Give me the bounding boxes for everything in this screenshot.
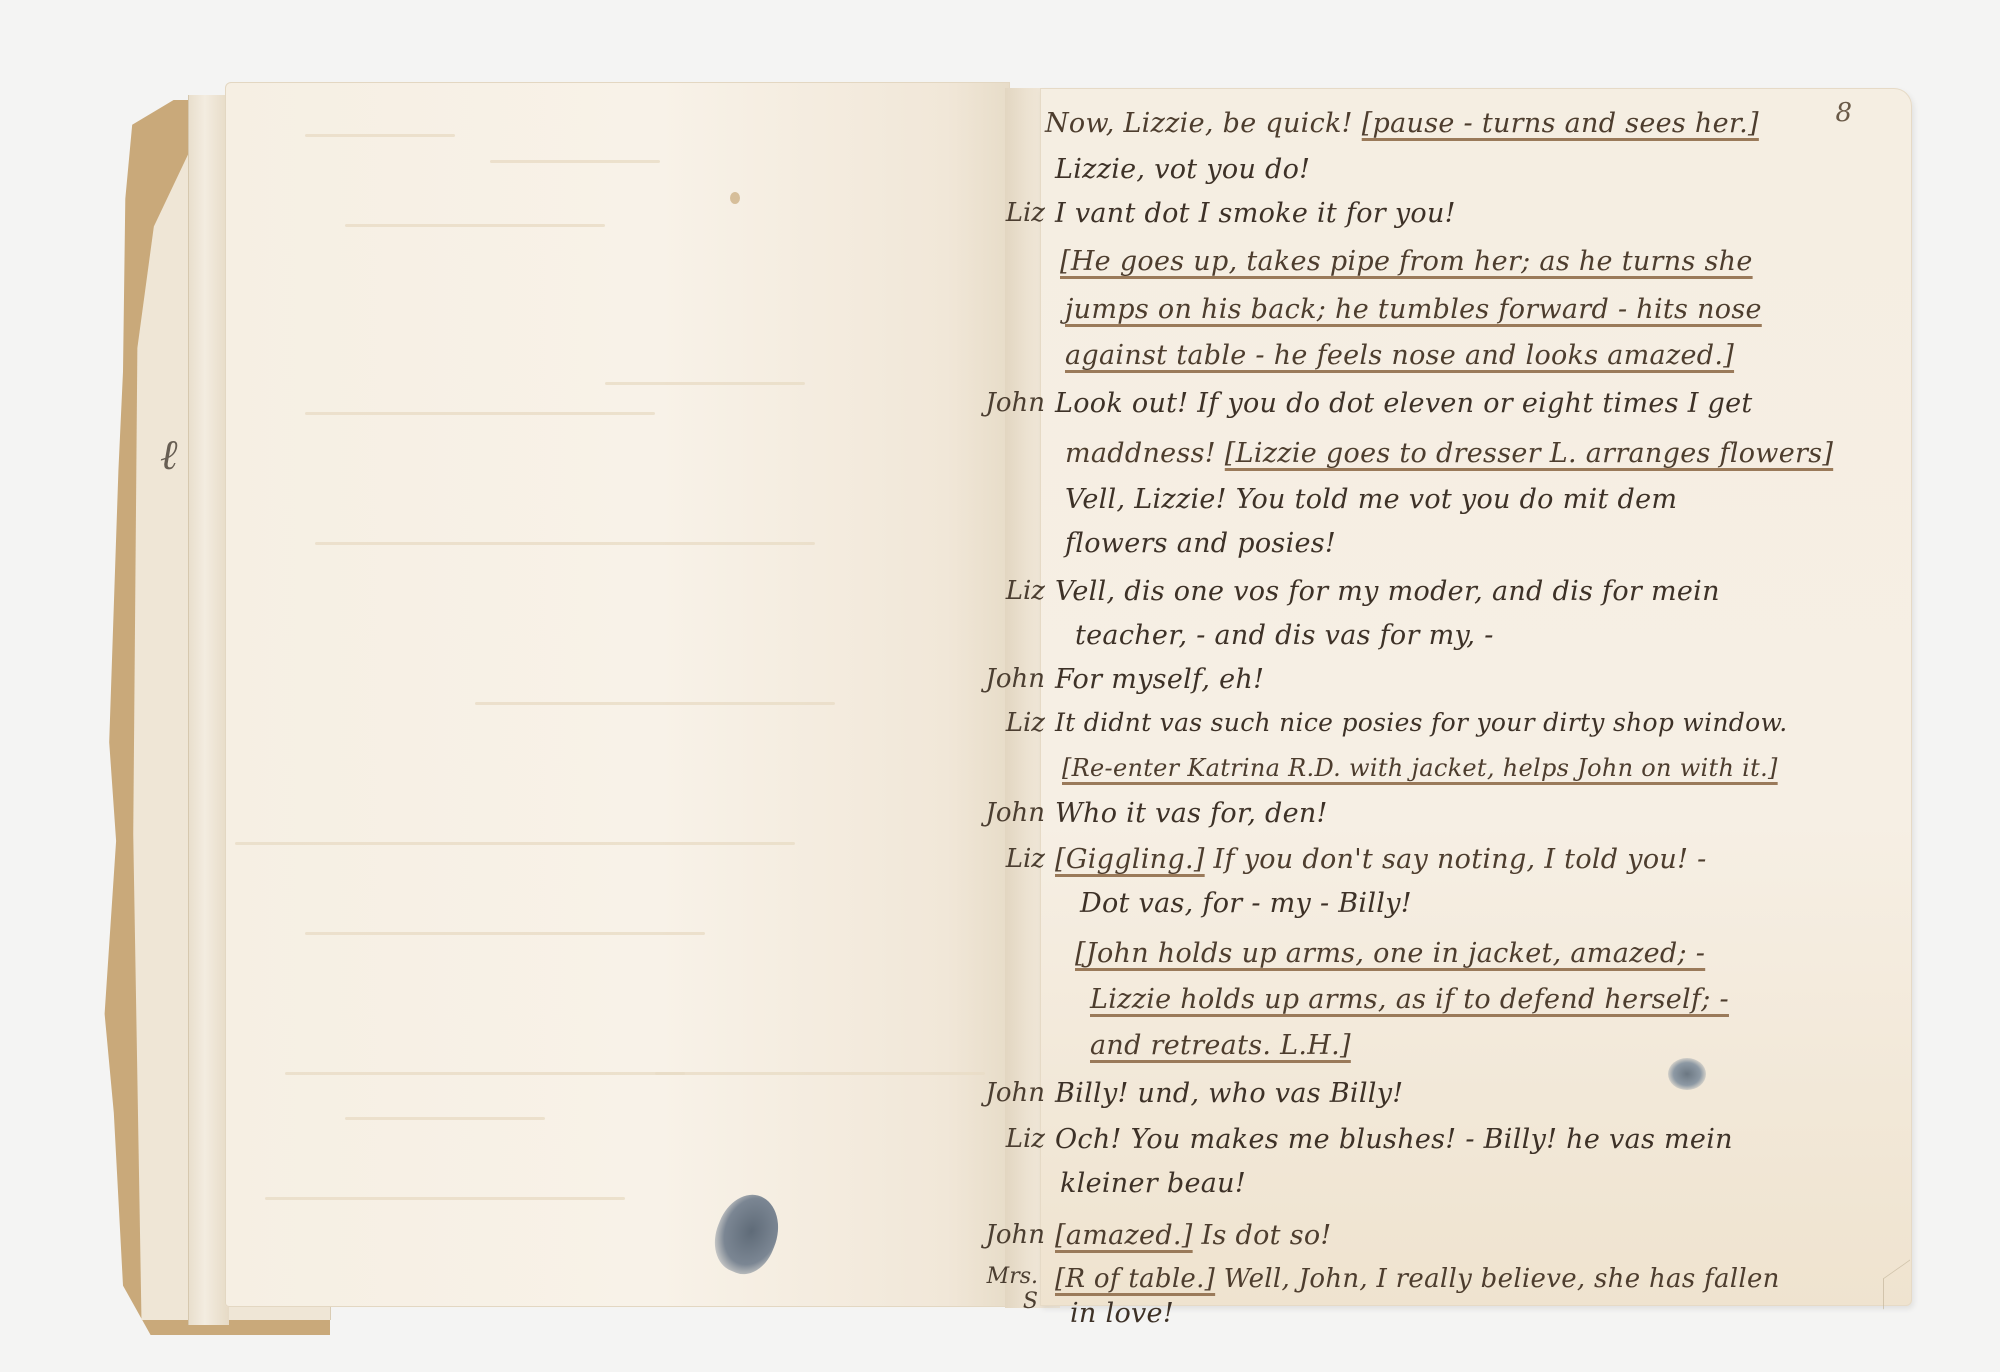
speaker-label: Liz <box>985 198 1045 228</box>
stage-direction: Lizzie holds up arms, as if to defend he… <box>1090 984 1729 1015</box>
speaker-label: John <box>985 664 1045 694</box>
speaker-label: Liz <box>985 708 1045 738</box>
stage-direction-line: Lizzie holds up arms, as if to defend he… <box>1090 984 1729 1015</box>
speaker-label: John <box>985 1220 1045 1250</box>
stage-direction: [John holds up arms, one in jacket, amaz… <box>1075 938 1705 969</box>
script-line: It didnt vas such nice posies for your d… <box>1055 708 1787 737</box>
show-through-line <box>315 542 815 545</box>
ink-smudge <box>1668 1058 1706 1090</box>
left-page-blank <box>225 82 1010 1307</box>
show-through-line <box>285 1072 685 1075</box>
script-line: For myself, eh! <box>1055 664 1264 695</box>
stage-direction: [Giggling.] <box>1055 844 1205 875</box>
show-through-line <box>475 702 835 705</box>
speaker-label: Liz <box>985 844 1045 874</box>
stage-direction: [He goes up, takes pipe from her; as he … <box>1060 246 1753 277</box>
speaker-label: Liz <box>985 1124 1045 1154</box>
show-through-line <box>605 382 805 385</box>
speaker-label: John <box>985 1078 1045 1108</box>
script-line: maddness! [Lizzie goes to dresser L. arr… <box>1065 438 1833 469</box>
script-line: teacher, - and dis vas for my, - <box>1075 620 1494 651</box>
script-line: Vell, Lizzie! You told me vot you do mit… <box>1065 484 1677 515</box>
stage-direction: [Re-enter Katrina R.D. with jacket, help… <box>1062 754 1778 782</box>
stage-direction: [pause - turns and sees her.] <box>1362 108 1759 139</box>
speaker-label: John <box>985 798 1045 828</box>
script-line: Now, Lizzie, be quick! [pause - turns an… <box>1045 108 1759 139</box>
stage-direction: [R of table.] <box>1055 1264 1215 1294</box>
script-line: Look out! If you do dot eleven or eight … <box>1055 388 1753 419</box>
script-line: flowers and posies! <box>1065 528 1336 559</box>
show-through-line <box>305 134 455 137</box>
show-through-line <box>345 1117 545 1120</box>
script-line: [R of table.] Well, John, I really belie… <box>1055 1264 1780 1294</box>
stage-direction: and retreats. L.H.] <box>1090 1030 1351 1061</box>
page-stack-edge <box>188 95 229 1325</box>
script-line: Dot vas, for - my - Billy! <box>1080 888 1412 919</box>
show-through-line <box>490 160 660 163</box>
script-line: Billy! und, who vas Billy! <box>1055 1078 1403 1109</box>
speaker-label: Mrs. S <box>978 1264 1038 1314</box>
script-line: [amazed.] Is dot so! <box>1055 1220 1332 1251</box>
dialogue-text: Now, Lizzie, be quick! <box>1045 108 1362 139</box>
show-through-line <box>305 932 705 935</box>
stage-direction-line: against table - he feels nose and looks … <box>1065 340 1734 371</box>
stage-direction-line: jumps on his back; he tumbles forward - … <box>1065 294 1762 325</box>
dialogue-text: Is dot so! <box>1193 1220 1332 1251</box>
script-line: I vant dot I smoke it for you! <box>1055 198 1456 229</box>
script-line: Vell, dis one vos for my moder, and dis … <box>1055 576 1720 607</box>
open-manuscript-photo: ℓ 8 Now, Lizzie, be quick! [pause - turn… <box>0 0 2000 1372</box>
speaker-label: Liz <box>985 576 1045 606</box>
speaker-label: John <box>985 388 1045 418</box>
show-through-line <box>235 842 795 845</box>
stage-direction: jumps on his back; he tumbles forward - … <box>1065 294 1762 325</box>
script-line: kleiner beau! <box>1060 1168 1246 1199</box>
show-through-line <box>345 224 605 227</box>
stage-direction-line: [Re-enter Katrina R.D. with jacket, help… <box>1062 754 1778 782</box>
corner-fold <box>1883 1260 1910 1310</box>
show-through-line <box>265 1197 625 1200</box>
script-line: Who it vas for, den! <box>1055 798 1328 829</box>
dialogue-text: If you don't say noting, I told you! - <box>1205 844 1707 875</box>
script-line: Och! You makes me blushes! - Billy! he v… <box>1055 1124 1733 1155</box>
stage-direction: [amazed.] <box>1055 1220 1193 1251</box>
right-page-script: 8 Now, Lizzie, be quick! [pause - turns … <box>1040 88 1912 1306</box>
page-number: 8 <box>1835 98 1852 128</box>
ink-blot <box>704 1186 790 1283</box>
dialogue-text: Well, John, I really believe, she has fa… <box>1215 1264 1780 1294</box>
stage-direction: [Lizzie goes to dresser L. arranges flow… <box>1225 438 1833 469</box>
stage-direction-line: and retreats. L.H.] <box>1090 1030 1351 1061</box>
script-line: Lizzie, vot you do! <box>1055 154 1310 185</box>
foxing-spot <box>730 192 740 204</box>
script-line: [Giggling.] If you don't say noting, I t… <box>1055 844 1707 875</box>
stage-direction-line: [He goes up, takes pipe from her; as he … <box>1060 246 1753 277</box>
show-through-line <box>305 412 655 415</box>
stage-direction-line: [John holds up arms, one in jacket, amaz… <box>1075 938 1705 969</box>
show-through-line <box>655 1072 985 1075</box>
stage-direction: against table - he feels nose and looks … <box>1065 340 1734 371</box>
script-line: in love! <box>1070 1298 1174 1329</box>
dialogue-text: maddness! <box>1065 438 1225 469</box>
